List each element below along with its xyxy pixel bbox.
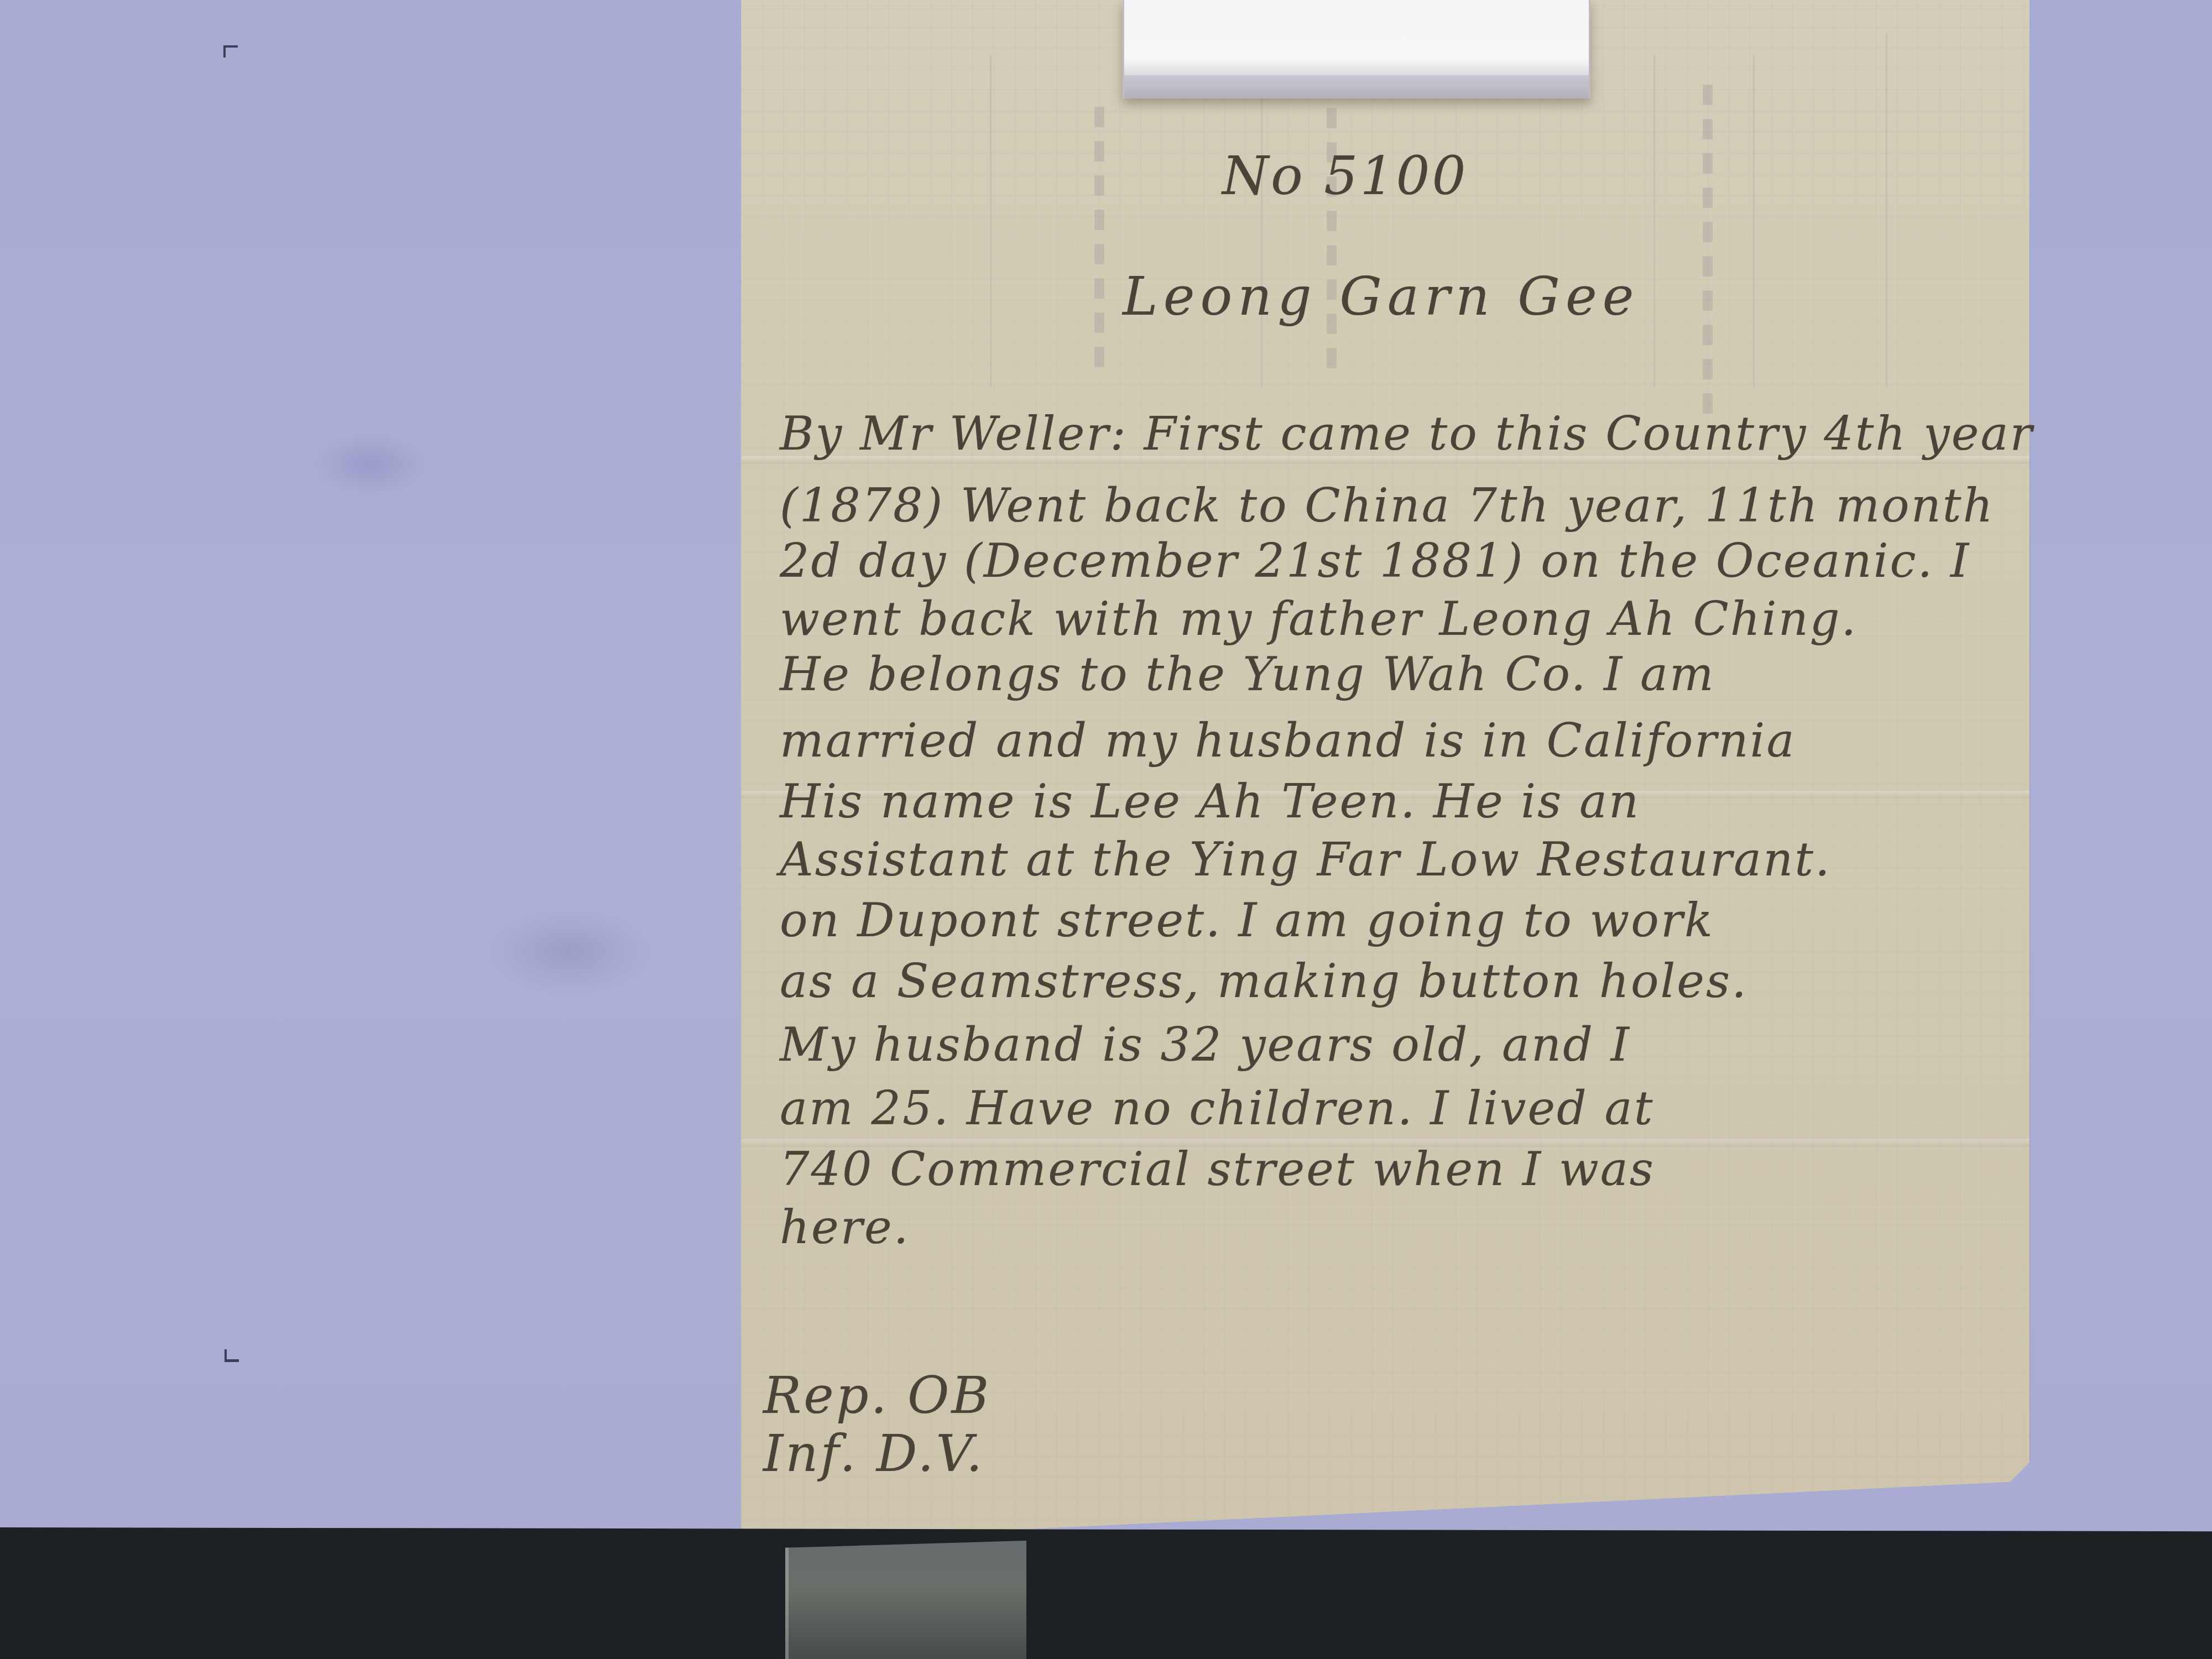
annotation-rep: Rep. OB [763,1366,991,1425]
statement-line: Assistant at the Ying Far Low Restaurant… [780,832,1832,886]
statement-line: His name is Lee Ah Teen. He is an [780,774,1640,828]
statement-line: My husband is 32 years old, and I [780,1018,1631,1072]
smudge-mark [487,907,653,995]
statement-line: am 25. Have no children. I lived at [780,1081,1654,1135]
bleed-through-rule [990,55,992,387]
bleed-through-rule [1261,55,1262,387]
plexiglass-weight-top [1123,0,1590,98]
statement-line: He belongs to the Yung Wah Co. I am [780,647,1715,701]
statement-line: on Dupont street. I am going to work [780,893,1714,947]
statement-line: By Mr Weller: First came to this Country… [780,406,2034,461]
statement-line: as a Seamstress, making button holes. [780,954,1748,1008]
bleed-through-text: ▮▮▮▮▮▮▮▮▮▮ [1692,77,1723,420]
bleed-through-text: ▮▮▮▮▮▮▮▮▮ [1316,66,1347,375]
table-edge [0,1527,2212,1659]
copy-stand-background: ▮▮▮▮▮▮▮▮ ▮▮▮▮▮▮▮▮▮ ▮▮▮▮▮▮▮▮▮▮ No 5100 Le… [0,0,2212,1659]
crop-mark-bottom-left [225,1349,239,1362]
crop-mark-top-left [223,45,238,58]
statement-line: 2d day (December 21st 1881) on the Ocean… [780,534,1970,588]
statement-line: married and my husband is in California [780,713,1796,768]
statement-line: 740 Commercial street when I was [780,1142,1655,1196]
bleed-through-rule [1753,55,1755,387]
statement-line: went back with my father Leong Ah Ching. [780,592,1858,646]
statement-line: (1878) Went back to China 7th year, 11th… [780,478,1995,533]
bleed-through-rule [1886,33,1887,387]
annotation-inf: Inf. D.V. [763,1424,984,1483]
plexiglass-weight-bottom [785,1541,1026,1659]
smudge-mark [310,431,431,498]
bleed-through-rule [1653,55,1655,387]
statement-line: here. [780,1200,910,1254]
bleed-through-text: ▮▮▮▮▮▮▮▮ [1084,100,1115,374]
subject-name: Leong Garn Gee [1123,265,1640,327]
document-number: No 5100 [1222,145,1468,207]
